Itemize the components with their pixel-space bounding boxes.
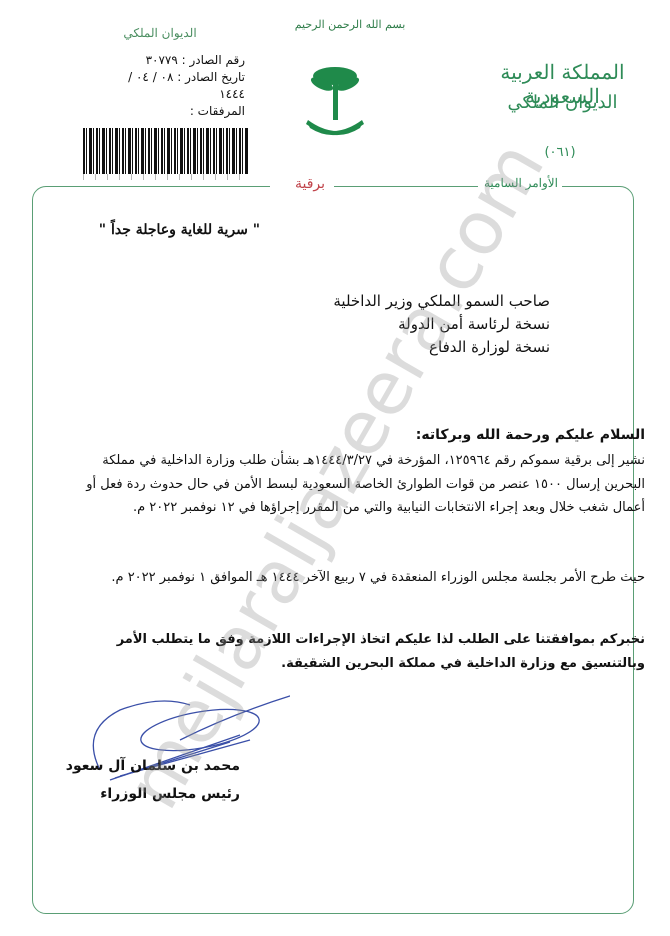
- paragraph: حيث طرح الأمر بجلسة مجلس الوزراء المنعقد…: [60, 566, 645, 590]
- issue-meta: رقم الصادر : ٣٠٧٧٩ تاريخ الصادر : ٠٨ / ٠…: [125, 52, 245, 120]
- addressee: نسخة لرئاسة أمن الدولة: [120, 313, 550, 336]
- addressee: نسخة لوزارة الدفاع: [120, 336, 550, 359]
- attachments: المرفقات :: [125, 103, 245, 120]
- issue-date: تاريخ الصادر : ٠٨ / ٠٤ / ١٤٤٤: [125, 69, 245, 103]
- classification-label: " سرية للغاية وعاجلة جداً ": [40, 222, 260, 238]
- issue-number: رقم الصادر : ٣٠٧٧٩: [125, 52, 245, 69]
- palm-swords-emblem-icon: [300, 62, 370, 142]
- left-office-label: الديوان الملكي: [100, 26, 220, 40]
- basmala: بسم الله الرحمن الرحيم: [290, 18, 410, 31]
- paragraph: نخبركم بموافقتنا على الطلب لذا عليكم اتخ…: [60, 628, 645, 675]
- telegram-label: برقية: [280, 176, 340, 192]
- barcode: [83, 128, 248, 174]
- barcode-digits: [83, 174, 248, 180]
- royal-court-title: الديوان الملكي: [480, 92, 645, 113]
